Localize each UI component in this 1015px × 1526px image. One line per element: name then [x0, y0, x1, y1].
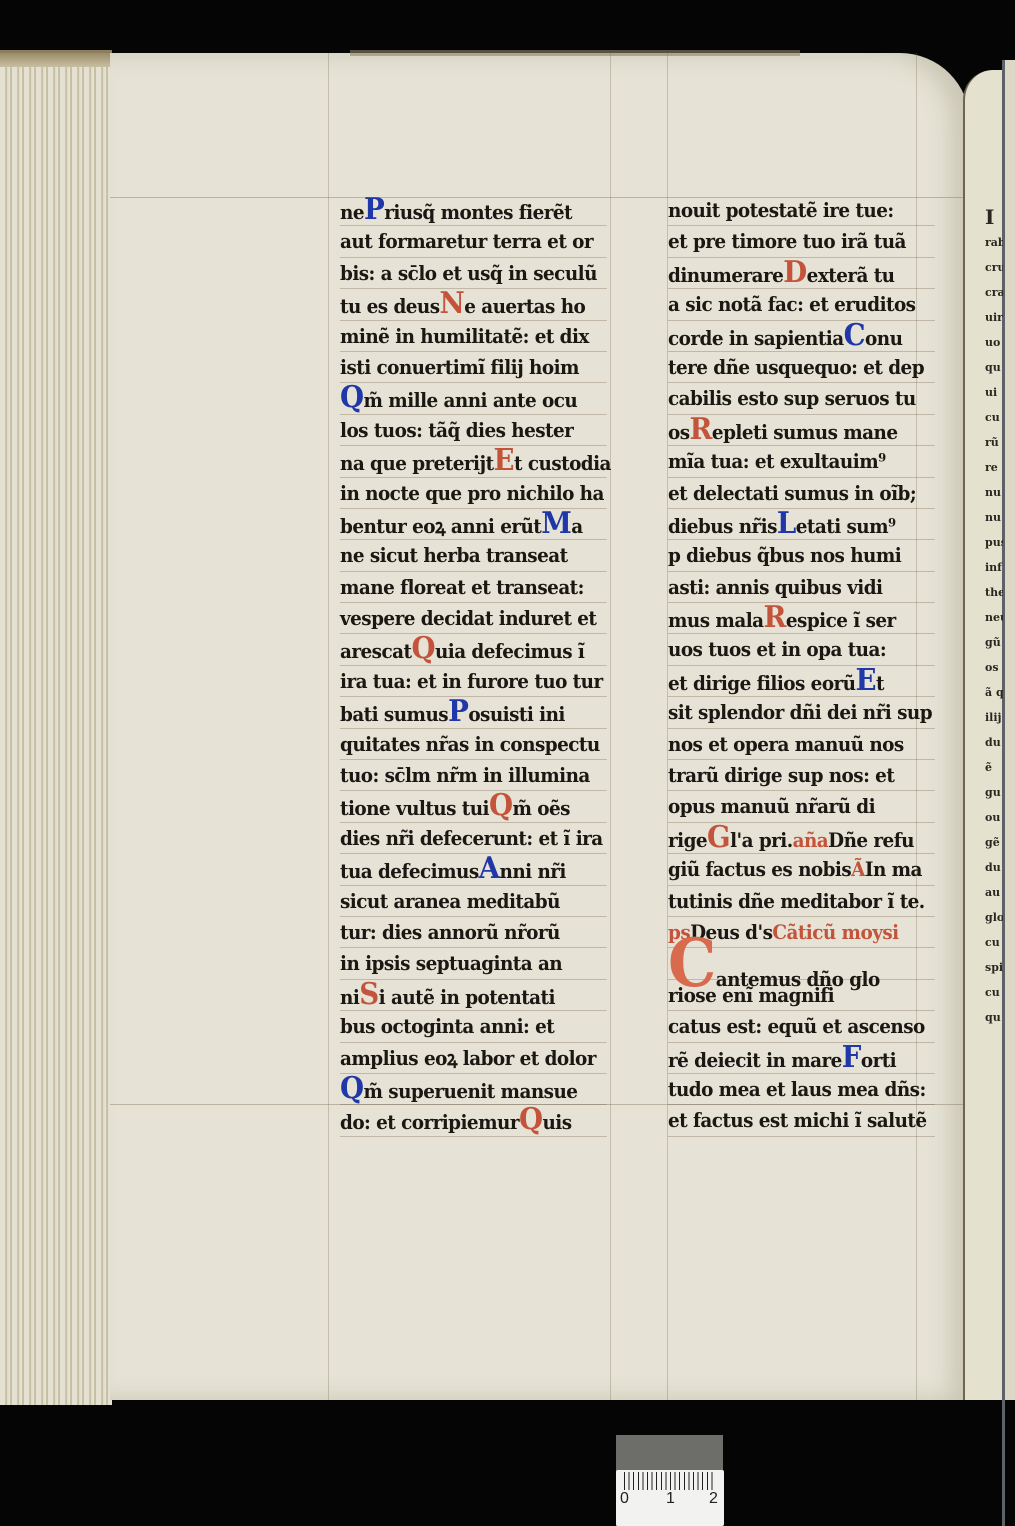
text-segment: espice ĩ ser — [786, 608, 896, 632]
text-line: et delectati sumus in oĩb; — [668, 478, 935, 509]
decorated-initial: M — [541, 506, 571, 541]
text-segment: in nocte que pro nichilo ha — [340, 481, 604, 505]
text-segment: m̃ oẽs — [513, 796, 570, 820]
ruling-vertical-1 — [328, 53, 329, 1400]
decorated-initial: L — [777, 506, 796, 541]
text-segment: uis — [542, 1110, 571, 1134]
decorated-initial: R — [690, 412, 712, 447]
text-line: amplius eoꝝ labor et dolor — [340, 1043, 607, 1074]
text-segment: catus est: equũ et ascenso — [668, 1014, 925, 1038]
text-segment: giũ factus es nobis — [668, 857, 851, 881]
text-segment: bus octoginta anni: et — [340, 1014, 554, 1038]
decorated-initial: C — [844, 318, 865, 353]
facing-page-line: inf — [985, 555, 1003, 580]
facing-page-line: cru — [985, 255, 1003, 280]
decorated-initial: Q — [340, 1071, 364, 1106]
text-segment: mane floreat et transeat: — [340, 575, 584, 599]
text-segment: opus manuũ nr̃arũ di — [668, 794, 875, 818]
text-line: uos tuos et in opa tua: — [668, 634, 935, 665]
ruler-ticks — [624, 1472, 716, 1490]
text-column-right: nouit potestatẽ ire tue:et pre timore tu… — [668, 195, 958, 1137]
text-segment: et factus est michi ĩ salutẽ — [668, 1108, 927, 1132]
text-segment: do: et corripiemur — [340, 1110, 519, 1134]
text-segment: ira tua: et in furore tuo tur — [340, 669, 603, 693]
facing-page-line: spi — [985, 955, 1003, 980]
text-line: tudo mea et laus mea dñs: — [668, 1074, 935, 1105]
text-line: tua defecimusAnni nr̃i — [340, 854, 607, 885]
page-stack-left — [0, 50, 112, 1405]
facing-page-line: nu — [985, 505, 1003, 530]
text-segment: os — [668, 420, 690, 444]
text-line: trarũ dirige sup nos: et — [668, 760, 935, 791]
text-line: Cantemus dño glo — [668, 948, 935, 979]
text-segment: amplius eoꝝ labor et dolor — [340, 1046, 596, 1070]
text-segment: isti conuertimĩ filij hoim — [340, 355, 579, 379]
text-line: mane floreat et transeat: — [340, 572, 607, 603]
facing-page-line: cu — [985, 980, 1003, 1005]
rubric-text: Cãticũ moysi — [772, 920, 898, 944]
text-line: rigeGl'a pri.añaDñe refu — [668, 823, 935, 854]
text-line: tione vultus tuiQm̃ oẽs — [340, 791, 607, 822]
text-line: tur: dies annorũ nr̃orũ — [340, 917, 607, 948]
text-line: et pre timore tuo irã tuã — [668, 226, 935, 257]
text-line: giũ factus es nobisÃIn ma — [668, 854, 935, 885]
text-segment: ne — [340, 200, 364, 224]
text-column-left: nePriusq̃ montes fierẽtaut formaretur te… — [340, 195, 630, 1137]
text-segment: in ipsis septuaginta an — [340, 951, 562, 975]
facing-page-line: cra — [985, 280, 1003, 305]
text-line: tere dñe usquequo: et dep — [668, 352, 935, 383]
text-line: p diebus q̃bus nos humi — [668, 540, 935, 571]
scale-ruler: 0 1 2 — [616, 1470, 724, 1526]
text-line: sit splendor dñi dei nr̃i sup — [668, 697, 935, 728]
text-segment: orti — [861, 1048, 896, 1072]
text-segment: corde in sapientia — [668, 326, 844, 350]
text-segment: ni — [340, 985, 359, 1009]
text-line: na que preterijtEt custodia — [340, 446, 607, 477]
text-segment: bati sumus — [340, 702, 448, 726]
text-segment: riusq̃ montes fierẽt — [384, 200, 572, 224]
facing-page-line: ã q — [985, 680, 1003, 705]
text-line: dies nr̃i defecerunt: et ĩ ira — [340, 823, 607, 854]
rubric-text: aña — [793, 828, 829, 852]
text-segment: et pre timore tuo irã tuã — [668, 229, 906, 253]
facing-page-line: os — [985, 655, 1003, 680]
decorated-initial: D — [783, 255, 806, 290]
text-segment: sicut aranea meditabũ — [340, 889, 560, 913]
decorated-initial: E — [494, 443, 514, 478]
text-line: nePriusq̃ montes fierẽt — [340, 195, 607, 226]
text-segment: l'a pri. — [730, 828, 793, 852]
facing-page-line: the — [985, 580, 1003, 605]
text-segment: tutinis dñe meditabor ĩ te. — [668, 889, 925, 913]
text-segment: i autẽ in potentati — [379, 985, 555, 1009]
text-segment: rẽ deiecit in mare — [668, 1048, 842, 1072]
text-segment: epleti sumus mane — [712, 420, 898, 444]
facing-page-line: rũ — [985, 430, 1003, 455]
text-segment: dinumerare — [668, 263, 783, 287]
text-segment: nni nr̃i — [500, 859, 566, 883]
decorated-initial: A — [479, 851, 500, 886]
decorated-initial: Q — [519, 1102, 543, 1137]
facing-page-line: du — [985, 730, 1003, 755]
text-line: los tuos: tãq̃ dies hester — [340, 415, 607, 446]
text-line: et factus est michi ĩ salutẽ — [668, 1105, 935, 1136]
text-line: mĩa tua: et exultauim⁹ — [668, 446, 935, 477]
facing-page-line: pus — [985, 530, 1003, 555]
text-segment: arescat — [340, 639, 411, 663]
text-segment: sit splendor dñi dei nr̃i sup — [668, 700, 932, 724]
facing-page-line: ẽ — [985, 755, 1003, 780]
facing-page-line: qu — [985, 1005, 1003, 1030]
decorated-initial: S — [359, 977, 378, 1012]
text-line: aut formaretur terra et or — [340, 226, 607, 257]
facing-page-line: nu — [985, 480, 1003, 505]
text-line: riose enĩ magnifi — [668, 980, 935, 1011]
text-line: ne sicut herba transeat — [340, 540, 607, 571]
text-segment: dies nr̃i defecerunt: et ĩ ira — [340, 826, 603, 850]
text-line: sicut aranea meditabũ — [340, 886, 607, 917]
facing-page-line: uo — [985, 330, 1003, 355]
facing-page-initial: I — [985, 205, 1003, 230]
text-segment: quitates nr̃as in conspectu — [340, 732, 600, 756]
decorated-initial: G — [707, 820, 730, 855]
folio-top-stain — [350, 50, 800, 56]
text-segment: tione vultus tui — [340, 796, 489, 820]
text-line: isti conuertimĩ filij hoim — [340, 352, 607, 383]
text-line: osRepleti sumus mane — [668, 415, 935, 446]
text-segment: na que preterijt — [340, 451, 494, 475]
text-segment: a — [571, 514, 582, 538]
text-segment: nouit potestatẽ ire tue: — [668, 198, 894, 222]
text-line: quitates nr̃as in conspectu — [340, 729, 607, 760]
text-line: diebus nr̃isLetati sum⁹ — [668, 509, 935, 540]
text-line: nos et opera manuũ nos — [668, 729, 935, 760]
ruler-label-0: 0 — [620, 1490, 629, 1508]
text-line: ira tua: et in furore tuo tur — [340, 666, 607, 697]
text-line: Qm̃ superuenit mansue — [340, 1074, 607, 1105]
ruler-label-1: 1 — [666, 1490, 675, 1508]
text-segment: tur: dies annorũ nr̃orũ — [340, 920, 560, 944]
text-segment: asti: annis quibus vidi — [668, 575, 882, 599]
facing-page-line: cu — [985, 405, 1003, 430]
text-line: et dirige filios eorũEt — [668, 666, 935, 697]
text-segment: minẽ in humilitatẽ: et dix — [340, 324, 589, 348]
text-line: dinumerareDexterã tu — [668, 258, 935, 289]
text-line: tutinis dñe meditabor ĩ te. — [668, 886, 935, 917]
facing-page-line: gũ — [985, 630, 1003, 655]
decorated-initial: P — [448, 694, 468, 729]
text-segment: aut formaretur terra et or — [340, 229, 593, 253]
text-line: bis: a sc̄lo et usq̃ in seculũ — [340, 258, 607, 289]
text-segment: nos et opera manuũ nos — [668, 732, 904, 756]
text-line: corde in sapientiaConu — [668, 321, 935, 352]
text-line: do: et corripiemurQuis — [340, 1105, 607, 1136]
facing-page-line: glo — [985, 905, 1003, 930]
ruler-label-2: 2 — [709, 1490, 718, 1508]
text-line: in nocte que pro nichilo ha — [340, 478, 607, 509]
text-segment: tu es deus — [340, 294, 440, 318]
text-segment: In ma — [865, 857, 922, 881]
text-segment: uos tuos et in opa tua: — [668, 637, 886, 661]
text-segment: tua defecimus — [340, 859, 479, 883]
decorated-initial: Q — [489, 788, 513, 823]
facing-page-text-strip: Irabcrucrauiruoquuicurũrenunupusinfthene… — [985, 205, 1003, 1030]
text-segment: etati sum⁹ — [796, 514, 896, 538]
text-segment: riose enĩ magnifi — [668, 983, 834, 1007]
facing-page-line: ui — [985, 380, 1003, 405]
facing-page-line: qu — [985, 355, 1003, 380]
decorated-initial: Q — [340, 380, 364, 415]
text-segment: et dirige filios eorũ — [668, 671, 856, 695]
text-segment: tudo mea et laus mea dñs: — [668, 1077, 926, 1101]
text-line: Qm̃ mille anni ante ocu — [340, 383, 607, 414]
text-line: opus manuũ nr̃arũ di — [668, 791, 935, 822]
facing-page-line: re — [985, 455, 1003, 480]
facing-page-line: neu — [985, 605, 1003, 630]
facing-page-line: gu — [985, 780, 1003, 805]
text-line: nouit potestatẽ ire tue: — [668, 195, 935, 226]
text-segment: osuisti ini — [468, 702, 565, 726]
facing-page-line: ilij — [985, 705, 1003, 730]
text-segment: trarũ dirige sup nos: et — [668, 763, 894, 787]
facing-page-line: gẽ — [985, 830, 1003, 855]
rubric-text: Ã — [851, 857, 865, 881]
text-line: tuo: sc̄lm nr̃m in illumina — [340, 760, 607, 791]
text-segment: bentur eoꝝ anni erũt — [340, 514, 541, 538]
facing-page — [1005, 60, 1015, 1400]
text-line: vespere decidat induret et — [340, 603, 607, 634]
text-line: a sic notã fac: et eruditos — [668, 289, 935, 320]
text-segment: t custodia — [514, 451, 611, 475]
decorated-initial: N — [440, 286, 465, 321]
text-segment: t — [876, 671, 884, 695]
text-segment: et delectati sumus in oĩb; — [668, 481, 916, 505]
decorated-initial: E — [856, 663, 876, 698]
decorated-initial: R — [764, 600, 786, 635]
text-segment: m̃ superuenit mansue — [364, 1079, 578, 1103]
facing-page-line: au — [985, 880, 1003, 905]
text-line: in ipsis septuaginta an — [340, 948, 607, 979]
facing-page-line: rab — [985, 230, 1003, 255]
text-line: catus est: equũ et ascenso — [668, 1011, 935, 1042]
decorated-initial: F — [842, 1040, 861, 1075]
text-line: asti: annis quibus vidi — [668, 572, 935, 603]
text-segment: exterã tu — [807, 263, 895, 287]
text-segment: e auertas ho — [464, 294, 585, 318]
text-segment: cabilis esto sup seruos tu — [668, 386, 916, 410]
text-segment: a sic notã fac: et eruditos — [668, 292, 915, 316]
text-segment: bis: a sc̄lo et usq̃ in seculũ — [340, 261, 597, 285]
text-line: bati sumusPosuisti ini — [340, 697, 607, 728]
text-line: cabilis esto sup seruos tu — [668, 383, 935, 414]
text-line: minẽ in humilitatẽ: et dix — [340, 321, 607, 352]
facing-page-line: du — [985, 855, 1003, 880]
decorated-initial: P — [364, 192, 384, 227]
facing-page-line: ou — [985, 805, 1003, 830]
text-segment: uia defecimus ĩ — [435, 639, 584, 663]
text-segment: diebus nr̃is — [668, 514, 777, 538]
text-segment: ne sicut herba transeat — [340, 543, 568, 567]
text-line: niSi autẽ in potentati — [340, 980, 607, 1011]
text-segment: m̃ mille anni ante ocu — [364, 388, 578, 412]
text-segment: tere dñe usquequo: et dep — [668, 355, 924, 379]
text-segment: los tuos: tãq̃ dies hester — [340, 418, 573, 442]
text-segment: Dñe refu — [828, 828, 914, 852]
facing-page-line: uir — [985, 305, 1003, 330]
text-segment: mus mala — [668, 608, 764, 632]
text-line: mus malaRespice ĩ ser — [668, 603, 935, 634]
text-line: arescatQuia defecimus ĩ — [340, 634, 607, 665]
text-line: bus octoginta anni: et — [340, 1011, 607, 1042]
facing-page-line: cu — [985, 930, 1003, 955]
text-line: rẽ deiecit in mareForti — [668, 1043, 935, 1074]
text-segment: tuo: sc̄lm nr̃m in illumina — [340, 763, 590, 787]
text-line: tu es deusNe auertas ho — [340, 289, 607, 320]
text-segment: rige — [668, 828, 707, 852]
text-segment: vespere decidat induret et — [340, 606, 596, 630]
text-segment: onu — [865, 326, 902, 350]
text-line: bentur eoꝝ anni erũtMa — [340, 509, 607, 540]
text-segment: p diebus q̃bus nos humi — [668, 543, 901, 567]
text-segment: mĩa tua: et exultauim⁹ — [668, 449, 886, 473]
decorated-initial: Q — [411, 631, 435, 666]
